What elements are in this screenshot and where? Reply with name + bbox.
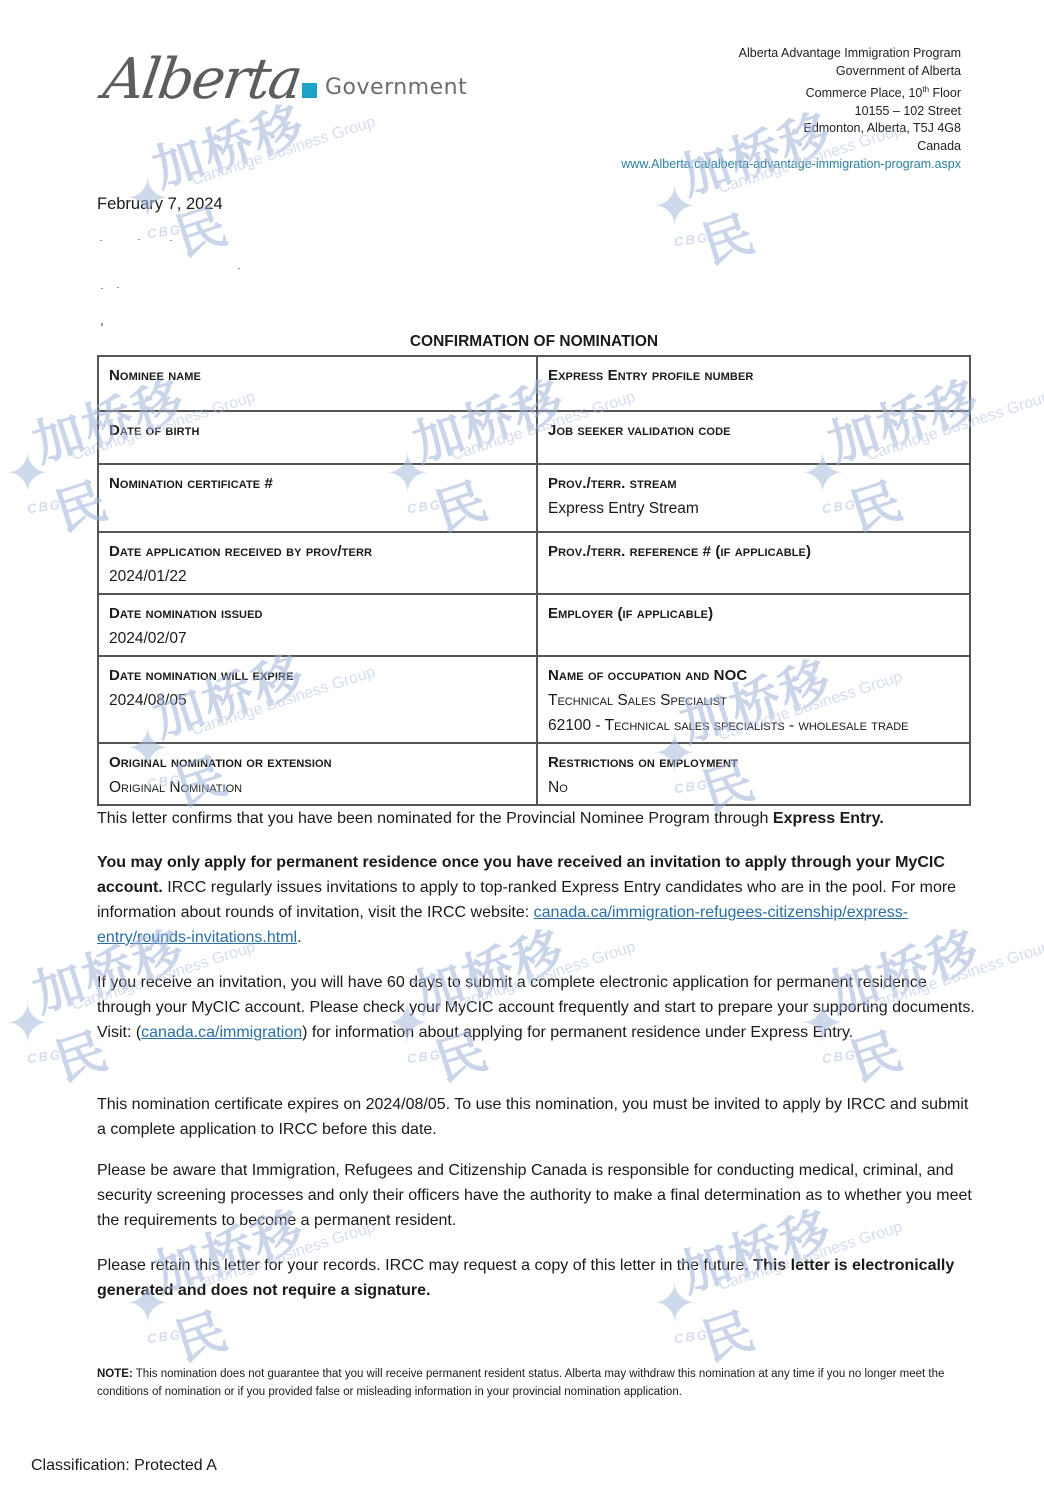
paragraph-retain: Please retain this letter for your recor… — [97, 1253, 977, 1303]
maple-leaf-icon: ✦ — [652, 180, 697, 234]
employment-restrictions-cell: Restrictions on employmentNo — [537, 743, 970, 805]
table-row: Nomination certificate # Prov./terr. str… — [98, 464, 970, 532]
table-row: Date application received by prov/terr20… — [98, 532, 970, 594]
disclaimer-note: NOTE: This nomination does not guarantee… — [97, 1365, 977, 1401]
sender-address: Alberta Advantage Immigration Program Go… — [621, 45, 961, 174]
date-expire-cell: Date nomination will expire2024/08/05 — [98, 656, 537, 743]
address-line: Canada — [621, 138, 961, 156]
logo-square-icon — [302, 83, 317, 98]
table-row: Date nomination issued2024/02/07 Employe… — [98, 594, 970, 656]
date-received-cell: Date application received by prov/terr20… — [98, 532, 537, 594]
paragraph-invitation: If you receive an invitation, you will h… — [97, 970, 977, 1045]
table-row: Date of birth Job seeker validation code — [98, 411, 970, 464]
logo-wordmark: Alberta — [100, 52, 304, 108]
canada-immigration-link[interactable]: canada.ca/immigration — [141, 1024, 302, 1041]
nomination-table: Nominee name Express Entry profile numbe… — [97, 355, 971, 806]
nomination-type-cell: Original nomination or extensionOriginal… — [98, 743, 537, 805]
maple-leaf-icon: ✦ — [5, 997, 50, 1051]
express-entry-profile-cell: Express Entry profile number — [537, 356, 970, 411]
paragraph-expiry: This nomination certificate expires on 2… — [97, 1092, 977, 1142]
address-line: Alberta Advantage Immigration Program — [621, 45, 961, 63]
date-issued-cell: Date nomination issued2024/02/07 — [98, 594, 537, 656]
occupation-noc-cell: Name of occupation and NOCTechnical Sale… — [537, 656, 970, 743]
table-row: Date nomination will expire2024/08/05 Na… — [98, 656, 970, 743]
letter-date: February 7, 2024 — [97, 195, 223, 214]
nomination-certificate-cell: Nomination certificate # — [98, 464, 537, 532]
reference-number-cell: Prov./terr. reference # (if applicable) — [537, 532, 970, 594]
address-line: Commerce Place, 10th Floor — [621, 81, 961, 103]
stream-cell: Prov./terr. streamExpress Entry Stream — [537, 464, 970, 532]
paragraph-apply-info: You may only apply for permanent residen… — [97, 850, 977, 950]
letter-page: Alberta Government Alberta Advantage Imm… — [0, 0, 1044, 1494]
classification-label: Classification: Protected A — [31, 1457, 217, 1475]
date-of-birth-cell: Date of birth — [98, 411, 537, 464]
job-seeker-code-cell: Job seeker validation code — [537, 411, 970, 464]
employer-cell: Employer (if applicable) — [537, 594, 970, 656]
table-row: Nominee name Express Entry profile numbe… — [98, 356, 970, 411]
address-line: Government of Alberta — [621, 63, 961, 81]
table-row: Original nomination or extensionOriginal… — [98, 743, 970, 805]
logo-government-text: Government — [325, 75, 467, 100]
maple-leaf-icon: ✦ — [5, 447, 50, 501]
program-url-link[interactable]: www.Alberta.ca/alberta-advantage-immigra… — [621, 156, 961, 174]
watermark: ✦加桥移民Canbridge Business GroupCBG — [125, 120, 385, 260]
document-title: CONFIRMATION OF NOMINATION — [97, 333, 971, 351]
address-line: Edmonton, Alberta, T5J 4G8 — [621, 120, 961, 138]
alberta-government-logo: Alberta Government — [104, 38, 467, 108]
paragraph-confirmation: This letter confirms that you have been … — [97, 806, 977, 831]
nominee-name-cell: Nominee name — [98, 356, 537, 411]
address-line: 10155 – 102 Street — [621, 103, 961, 121]
paragraph-screening: Please be aware that Immigration, Refuge… — [97, 1158, 977, 1233]
